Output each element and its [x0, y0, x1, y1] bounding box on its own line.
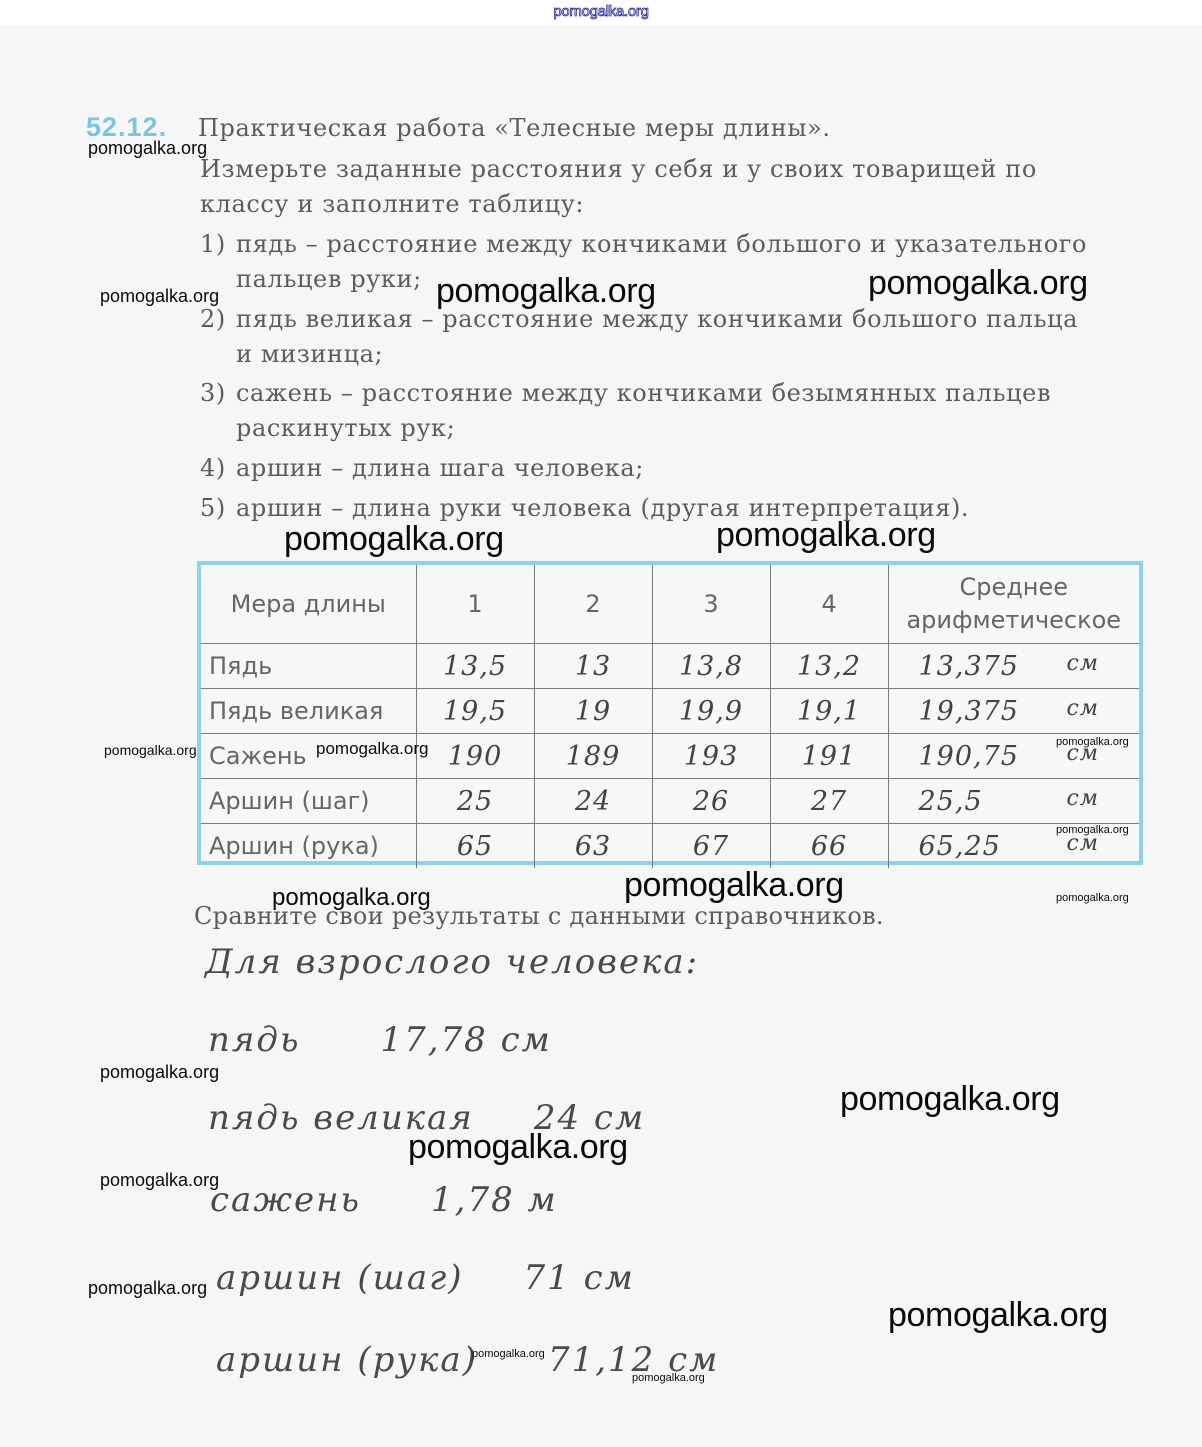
table-row: Аршин (рука) 65 63 67 66 65,25см [201, 824, 1139, 869]
definition-item-2-cont: и мизинца; [236, 340, 383, 368]
handwritten-line: пядь17,78 см [208, 1020, 552, 1060]
row-label: Аршин (шаг) [201, 779, 416, 824]
row-label: Аршин (рука) [201, 824, 416, 869]
watermark: pomogalka.org [100, 1062, 219, 1083]
watermark: pomogalka.org [1056, 892, 1129, 904]
definition-item-4: 4)аршин – длина шага человека; [200, 454, 644, 482]
cell-value: 193 [684, 741, 739, 772]
row-label: Пядь великая [201, 689, 416, 734]
cell-value: 63 [575, 831, 611, 862]
definition-item-1: 1)пядь – расстояние между кончиками боль… [200, 230, 1087, 258]
cell-value: 13 [575, 651, 611, 682]
table-row: Аршин (шаг) 25 24 26 27 25,5см [201, 779, 1139, 824]
handwritten-heading: Для взрослого человека: [205, 942, 699, 982]
watermark: pomogalka.org [840, 1080, 1060, 1119]
cell-value: 19,5 [443, 696, 507, 727]
watermark: pomogalka.org [1056, 824, 1129, 836]
table-row: Пядь 13,5 13 13,8 13,2 13,375см [201, 644, 1139, 689]
item-number: 2) [200, 305, 236, 333]
watermark: pomogalka.org [472, 1348, 545, 1360]
definition-item-1-cont: пальцев руки; [236, 265, 422, 293]
instruction-line-1: Измерьте заданные расстояния у себя и у … [200, 155, 1037, 183]
header-person-2: 2 [534, 565, 652, 644]
handwritten-line: сажень1,78 м [210, 1180, 558, 1220]
cell-value: 67 [693, 831, 729, 862]
site-header-logo[interactable]: pomogalka.org [553, 3, 648, 20]
cell-value: 19,1 [797, 696, 861, 727]
watermark: pomogalka.org [1056, 736, 1129, 748]
watermark: pomogalka.org [272, 884, 431, 912]
cell-value: 19 [575, 696, 611, 727]
header-person-3: 3 [652, 565, 770, 644]
cell-value: 65 [457, 831, 493, 862]
cell-average: 25,5см [889, 786, 1140, 817]
cell-value: 13,8 [679, 651, 743, 682]
site-header-bar: pomogalka.org [0, 0, 1202, 25]
measurements-table: Мера длины 1 2 3 4 Среднее арифметическо… [201, 565, 1139, 868]
watermark: pomogalka.org [100, 286, 219, 307]
header-person-4: 4 [770, 565, 888, 644]
cell-value: 13,2 [797, 651, 861, 682]
header-person-1: 1 [416, 565, 534, 644]
measurements-table-frame: Мера длины 1 2 3 4 Среднее арифметическо… [197, 561, 1143, 865]
cell-value: 19,9 [679, 696, 743, 727]
cell-value: 191 [802, 741, 857, 772]
watermark: pomogalka.org [316, 739, 428, 759]
handwritten-line: аршин (шаг)71 см [216, 1258, 635, 1298]
table-header-row: Мера длины 1 2 3 4 Среднее арифметическо… [201, 565, 1139, 644]
cell-average: 13,375см [889, 651, 1140, 682]
watermark: pomogalka.org [408, 1128, 628, 1167]
watermark: pomogalka.org [436, 272, 656, 311]
cell-value: 24 [575, 786, 611, 817]
item-number: 1) [200, 230, 236, 258]
watermark: pomogalka.org [284, 520, 504, 559]
cell-value: 189 [566, 741, 621, 772]
definition-item-3-cont: раскинутых рук; [236, 414, 455, 442]
watermark: pomogalka.org [632, 1372, 705, 1384]
item-number: 3) [200, 379, 236, 407]
cell-value: 66 [811, 831, 847, 862]
definition-item-3: 3)сажень – расстояние между кончиками бе… [200, 379, 1051, 407]
watermark: pomogalka.org [88, 138, 207, 159]
table-row: Пядь великая 19,5 19 19,9 19,1 19,375см [201, 689, 1139, 734]
watermark: pomogalka.org [88, 1278, 207, 1299]
cell-value: 190 [448, 741, 503, 772]
header-average: Среднее арифметическое [888, 565, 1139, 644]
watermark: pomogalka.org [868, 264, 1088, 303]
exercise-title: Практическая работа «Телесные меры длины… [198, 114, 831, 142]
cell-average: 19,375см [889, 696, 1140, 727]
cell-value: 25 [457, 786, 493, 817]
watermark: pomogalka.org [888, 1296, 1108, 1335]
watermark: pomogalka.org [104, 742, 197, 758]
instruction-line-2: классу и заполните таблицу: [200, 190, 584, 218]
watermark: pomogalka.org [624, 866, 844, 905]
watermark: pomogalka.org [716, 516, 936, 555]
cell-value: 13,5 [443, 651, 507, 682]
item-number: 4) [200, 454, 236, 482]
row-label: Пядь [201, 644, 416, 689]
header-measure: Мера длины [201, 565, 416, 644]
item-number: 5) [200, 494, 236, 522]
watermark: pomogalka.org [100, 1170, 219, 1191]
cell-value: 27 [811, 786, 847, 817]
cell-value: 26 [693, 786, 729, 817]
